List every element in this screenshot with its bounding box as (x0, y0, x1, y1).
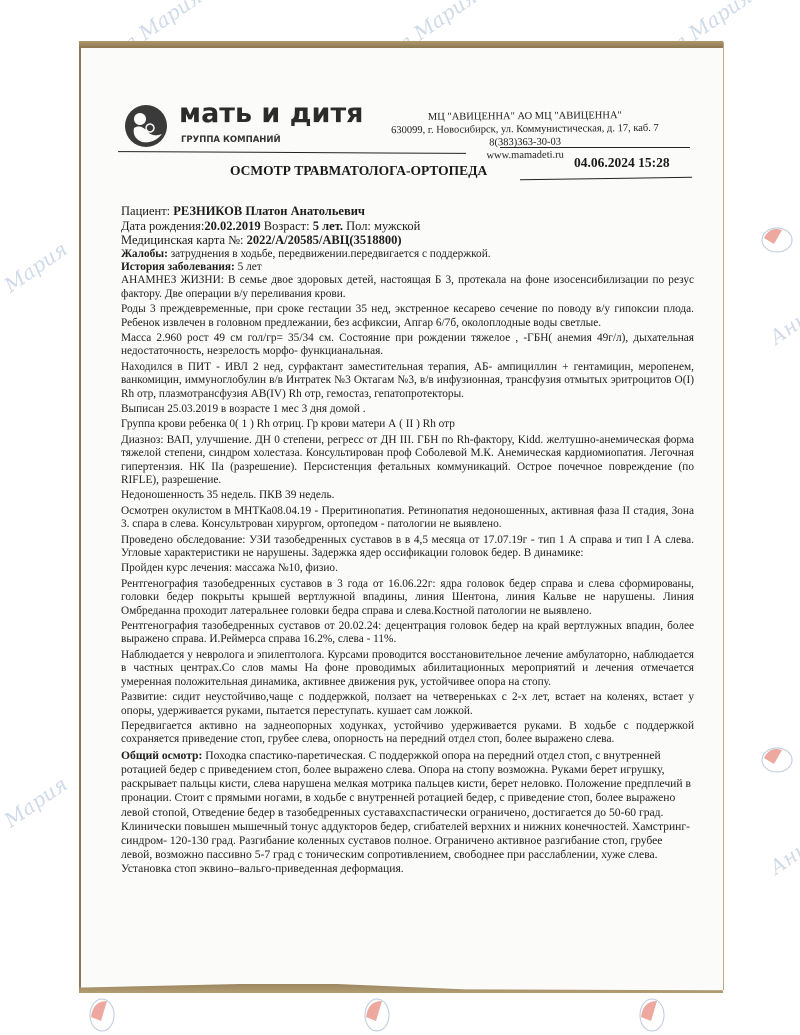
patient-age: 5 лет. (313, 219, 343, 233)
document-body: Пациент: РЕЗНИКОВ Платон Анатольевич Дат… (121, 204, 694, 877)
patient-dob: 20.02.2019 (204, 219, 260, 233)
label: Дата рождения: (121, 219, 204, 233)
paper-edge-top (79, 41, 723, 48)
complaints-text: затруднения в ходьбе, передвижении.перед… (171, 248, 491, 260)
watermark-text: Мария (0, 237, 72, 298)
birth-info: Роды 3 преждевременные, при сроке гестац… (121, 303, 694, 330)
disease-history: История заболевания: 5 лет (121, 261, 694, 274)
history-text: 5 лет (238, 261, 262, 273)
label: Жалобы: (121, 248, 168, 260)
treatment-course: Пройден курс лечения: массажа №10, физио… (121, 562, 694, 575)
neurology-observation: Наблюдается у невролога и эпилептолога. … (121, 649, 694, 689)
patient-sex: мужской (374, 219, 420, 233)
patient-name-line: Пациент: РЕЗНИКОВ Платон Анатольевич (121, 204, 694, 219)
document-title: ОСМОТР ТРАВМАТОЛОГА-ОРТОПЕДА (230, 163, 487, 179)
blood-group: Группа крови ребенка 0( 1 ) Rh отриц. Гр… (121, 418, 694, 431)
label: Возраст: (264, 219, 310, 233)
brand-name: мать и дитя (179, 98, 363, 129)
exam-datetime: 04.06.2024 15:28 (574, 155, 670, 171)
label: Пациент: (121, 204, 170, 218)
development: Развитие: сидит неустойчиво,чаще с подде… (121, 691, 694, 718)
label: Медицинская карта №: (121, 233, 244, 247)
watermark-logo-icon (635, 995, 669, 1035)
ophthalmology: Осмотрен окулистом в МНТКа08.04.19 - Пре… (121, 505, 694, 532)
diagnosis: Диазноз: ВАП, улучшение. ДН 0 степени, р… (121, 434, 694, 488)
watermark-logo-icon (760, 220, 794, 260)
general-exam-text: Походка спастико-паретическая. С поддерж… (121, 749, 691, 876)
label: Общий осмотр: (121, 749, 202, 762)
general-exam: Общий осмотр: Походка спастико-паретичес… (121, 749, 694, 877)
patient-name: РЕЗНИКОВ Платон Анатольевич (173, 204, 365, 218)
watermark-text: Мария (0, 772, 72, 833)
medical-card-line: Медицинская карта №: 2022/А/20585/АВЦ(35… (121, 233, 694, 248)
mother-child-logo-icon (124, 104, 168, 148)
label: Пол: (346, 219, 371, 233)
patient-dob-line: Дата рождения:20.02.2019 Возраст: 5 лет.… (121, 219, 694, 234)
watermark-logo-icon (360, 995, 394, 1035)
complaints: Жалобы: затруднения в ходьбе, передвижен… (121, 248, 694, 261)
watermark-text: Анна Мария (765, 785, 800, 880)
mobility: Передвигается активно на заднеопорных хо… (121, 720, 694, 747)
xray-2024: Рентгенография тазобедренных суставов от… (121, 620, 694, 647)
xray-2022: Рентгенография тазобедренных суставов в … (121, 578, 694, 618)
watermark-logo-icon (760, 740, 794, 780)
brand-subtitle: ГРУППА КОМПАНИЙ (181, 135, 281, 145)
medical-card-number: 2022/А/20585/АВЦ(3518800) (247, 233, 402, 247)
watermark-logo-icon (85, 995, 119, 1035)
ultrasound-exam: Проведено обследование: УЗИ тазобедренны… (121, 534, 694, 561)
prematurity: Недоношенность 35 недель. ПКВ 39 недель. (121, 489, 694, 502)
discharge-info: Выписан 25.03.2019 в возрасте 1 мес 3 дн… (121, 403, 694, 416)
life-anamnesis: АНАМНЕЗ ЖИЗНИ: В семье двое здоровых дет… (121, 274, 694, 301)
birth-measurements: Масса 2.960 рост 49 см гол/гр= 35/34 см.… (121, 332, 694, 359)
header-divider (500, 147, 690, 148)
watermark-text: Анна Мария (765, 255, 800, 350)
icu-treatment: Находился в ПИТ - ИВЛ 2 нед, сурфактант … (121, 361, 694, 401)
label: История заболевания: (121, 261, 235, 273)
